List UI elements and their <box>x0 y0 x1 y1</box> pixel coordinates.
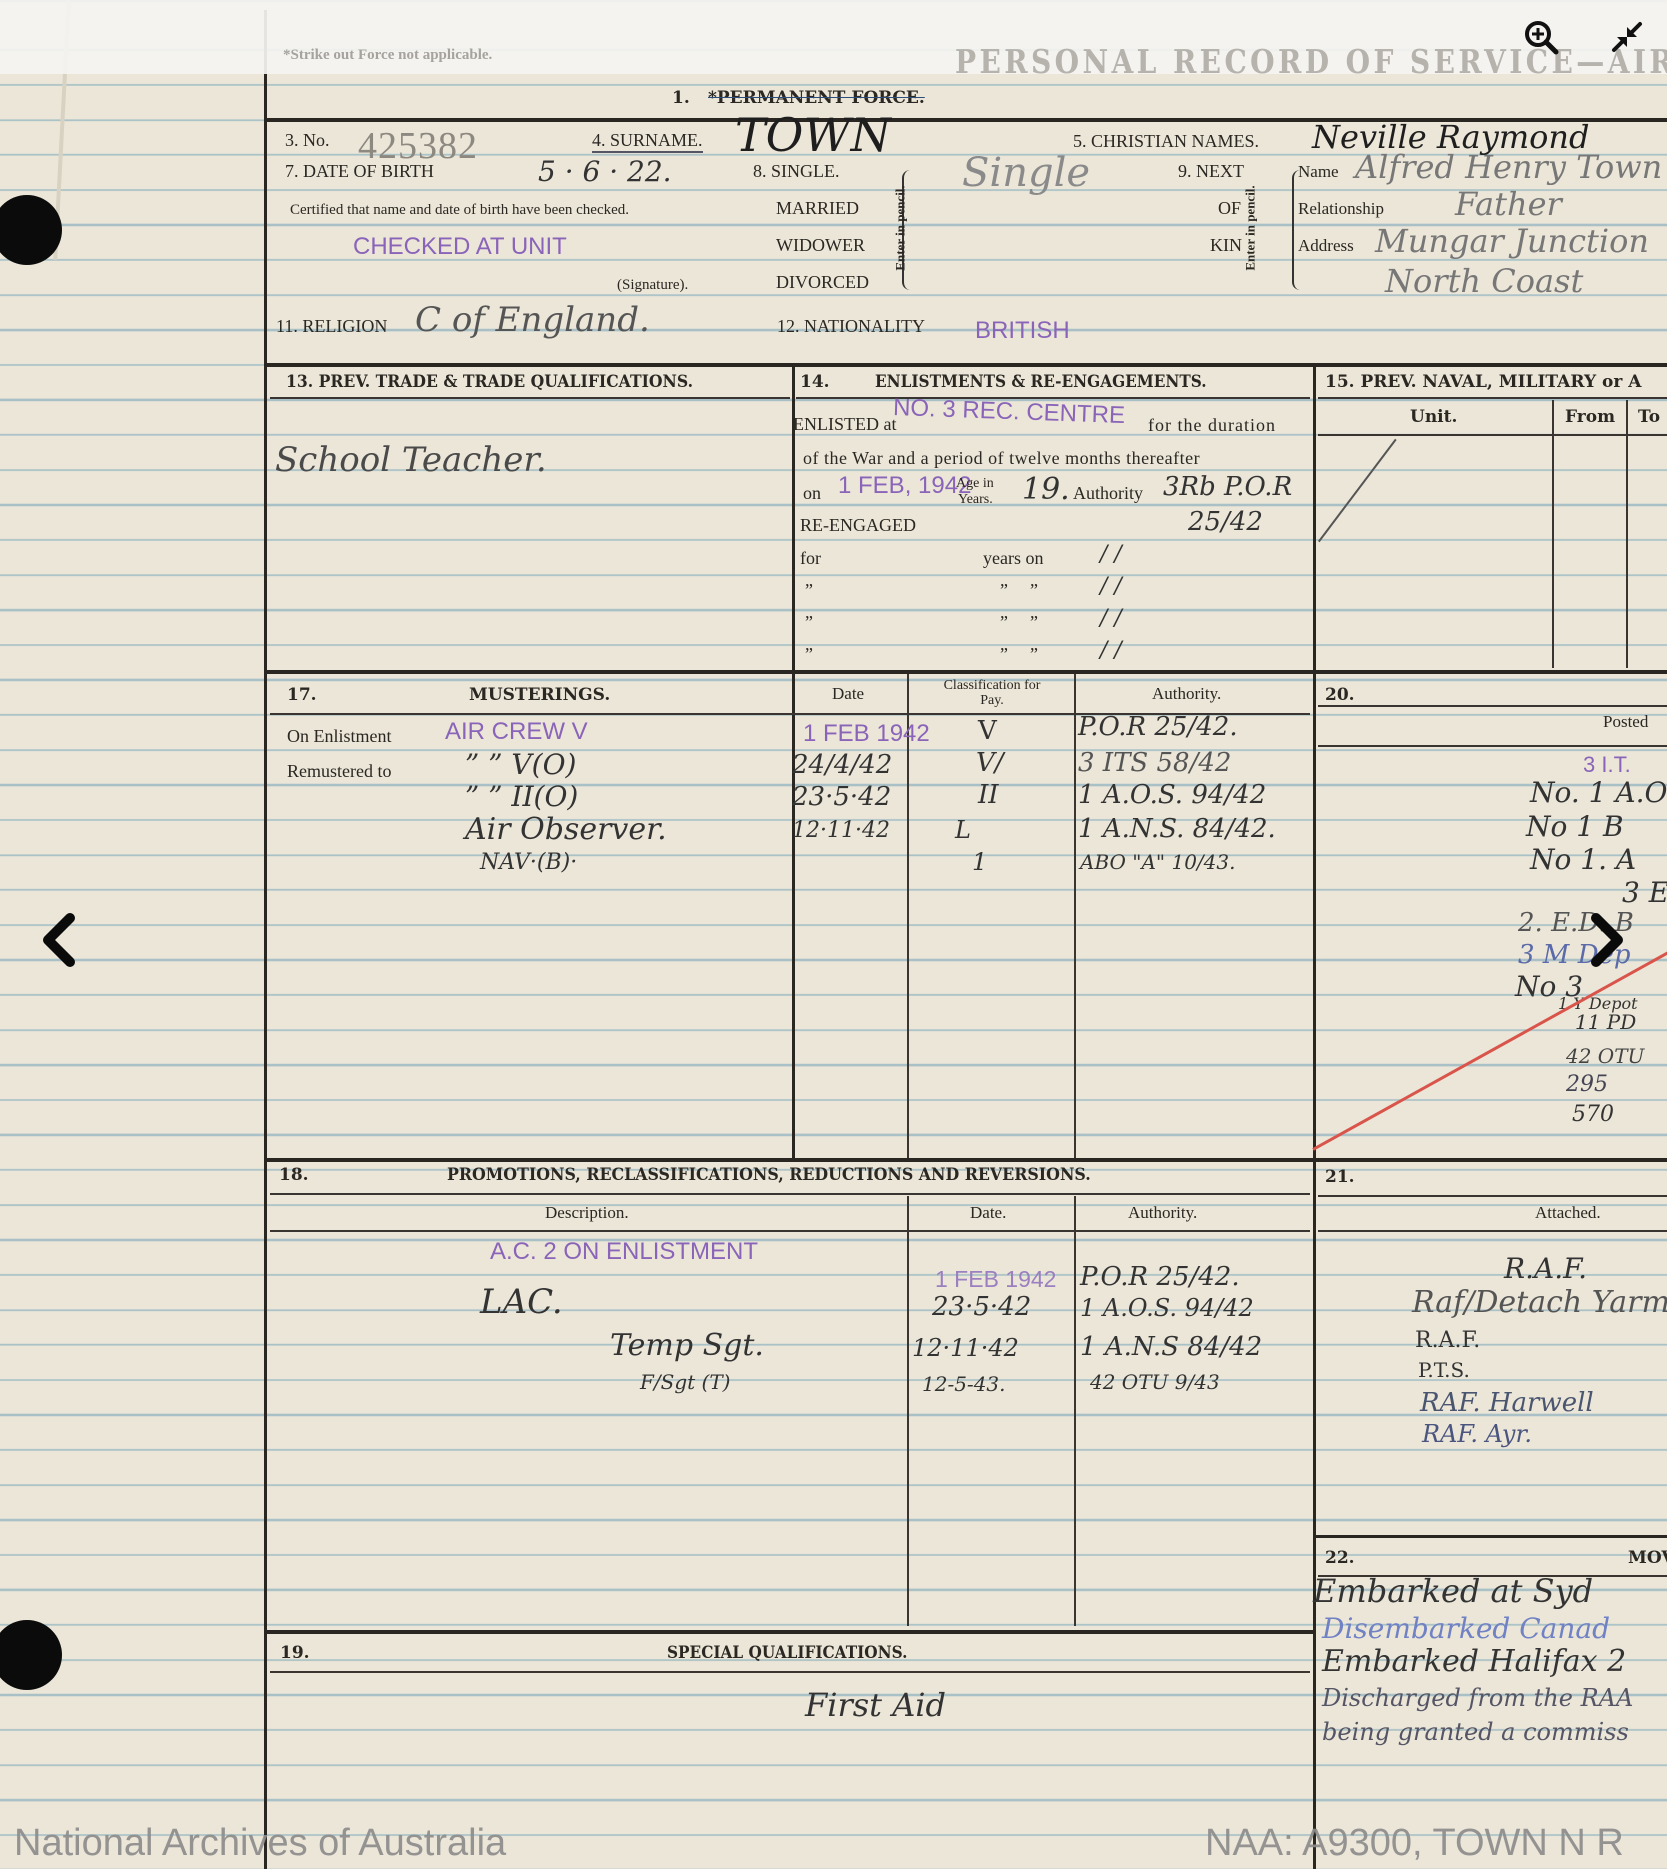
posting-entry: 3 I.T. <box>1583 752 1631 778</box>
ditto-1c: ” <box>1030 580 1038 601</box>
on-enlistment-label: On Enlistment <box>287 726 392 747</box>
nok-relationship-label: Relationship <box>1298 199 1384 219</box>
attachment-entry: Raf/Detach Yarm <box>1412 1285 1667 1320</box>
compress-arrows-icon <box>1606 16 1650 60</box>
rule-17-auth <box>1074 674 1076 1158</box>
marital-single-label: 8. SINGLE. <box>753 161 840 182</box>
marital-married-label: MARRIED <box>776 198 859 219</box>
rule-15-to <box>1626 400 1628 668</box>
promotion-date: 1 FEB 1942 <box>935 1266 1056 1293</box>
mustering-name: Air Observer. <box>465 812 667 847</box>
nok-address-value-2: North Coast <box>1385 262 1583 300</box>
rule-15-from <box>1552 400 1554 668</box>
for-duration-label: for the duration <box>1148 415 1276 436</box>
section-20-col-posted: Posted <box>1603 712 1648 732</box>
rule-20-header <box>1318 705 1667 707</box>
rule-21-header <box>1318 1195 1667 1197</box>
force-label: *PERMANENT FORCE. <box>708 88 925 108</box>
special-qualifications-value: First Aid <box>805 1686 946 1724</box>
attachment-entry: R.A.F. <box>1415 1328 1480 1353</box>
section-17-col-authority: Authority. <box>1152 684 1221 704</box>
authority-value-2: 25/42 <box>1188 507 1263 537</box>
ditto-3c: ” <box>1030 644 1038 665</box>
section-14-title: ENLISTMENTS & RE-ENGAGEMENTS. <box>875 372 1207 392</box>
reengage-date-2: / / <box>1100 574 1122 599</box>
ditto-3b: ” <box>1000 644 1008 665</box>
years-on-label: years on <box>983 548 1043 569</box>
posting-entry: No 1. A <box>1530 843 1636 876</box>
rule-before-19 <box>264 1630 1314 1634</box>
nationality-stamp: BRITISH <box>975 317 1070 345</box>
section-18-col-authority: Authority. <box>1128 1203 1197 1223</box>
marital-divorced-label: DIVORCED <box>776 272 869 293</box>
section-17-title: MUSTERINGS. <box>469 685 610 705</box>
rule-18-header <box>270 1193 1310 1195</box>
checked-at-unit-stamp: CHECKED AT UNIT <box>353 233 567 261</box>
ditto-2c: ” <box>1030 612 1038 633</box>
rule-19-header <box>270 1671 1310 1673</box>
zoom-in-button[interactable] <box>1520 16 1564 60</box>
marital-widower-label: WIDOWER <box>776 235 865 256</box>
chevron-right-icon <box>1582 910 1630 970</box>
section-17-col-date: Date <box>832 684 864 704</box>
service-number-label: 3. No. <box>285 130 330 151</box>
for-label: for <box>800 548 821 569</box>
section-18-col-description: Description. <box>545 1203 629 1223</box>
nok-label-kin: KIN <box>1210 235 1242 256</box>
form-left-border <box>264 10 267 1869</box>
religion-label: 11. RELIGION <box>276 316 387 337</box>
promotion-authority: 1 A.N.S 84/42 <box>1080 1332 1262 1362</box>
ditto-3: ” <box>805 644 813 665</box>
nok-name-value: Alfred Henry Town <box>1355 148 1662 186</box>
marital-value: Single <box>962 150 1090 196</box>
rule-21-cols <box>1318 1230 1667 1232</box>
col-divider-15 <box>1313 365 1316 1869</box>
magnifier-plus-icon <box>1520 16 1564 60</box>
age-label-2: Years. <box>958 492 993 508</box>
rule-before-22 <box>1313 1535 1667 1538</box>
mustering-date: 1 FEB 1942 <box>803 720 930 748</box>
certified-note: Certified that name and date of birth ha… <box>290 202 629 219</box>
section-13-title: 13. PREV. TRADE & TRADE QUALIFICATIONS. <box>286 372 693 392</box>
mustering-class: V/ <box>976 748 1004 778</box>
mustering-class: II <box>978 780 999 810</box>
promotion-description: F/Sgt (T) <box>640 1370 730 1394</box>
section-22-num: 22. <box>1325 1548 1355 1568</box>
section-19-num: 19. <box>280 1643 310 1663</box>
remustered-label: Remustered to <box>287 761 391 782</box>
attachment-entry: RAF. Harwell <box>1420 1388 1594 1418</box>
promotion-description: LAC. <box>480 1282 563 1322</box>
mustering-class: L <box>955 816 971 844</box>
next-page-button[interactable] <box>1582 910 1630 970</box>
mustering-authority: ABO "A" 10/43. <box>1080 850 1235 874</box>
enlisted-date-stamp: 1 FEB, 1942 <box>838 472 971 500</box>
rule-before-18 <box>264 1158 1667 1162</box>
mustering-authority: P.O.R 25/42. <box>1078 712 1238 742</box>
mustering-authority: 1 A.N.S. 84/42. <box>1078 814 1276 844</box>
marital-pencil-note: Enter in pencil. <box>893 185 909 270</box>
section-20-num: 20. <box>1325 685 1355 705</box>
promotion-description: A.C. 2 ON ENLISTMENT <box>490 1238 758 1266</box>
section-21-col-attached: Attached. <box>1535 1203 1601 1223</box>
signature-label: (Signature). <box>617 277 688 294</box>
rule-13-header <box>270 397 790 399</box>
on-label: on <box>803 483 821 504</box>
prev-trade-value: School Teacher. <box>275 440 547 480</box>
promotion-description: Temp Sgt. <box>610 1328 764 1363</box>
nok-relationship-value: Father <box>1455 185 1562 223</box>
mustering-date: 23·5·42 <box>792 782 891 812</box>
promotion-date: 12·11·42 <box>912 1334 1019 1362</box>
ditto-2b: ” <box>1000 612 1008 633</box>
reengage-date-4: / / <box>1100 638 1122 663</box>
nok-name-label: Name <box>1298 162 1339 182</box>
promotion-date: 23·5·42 <box>932 1292 1031 1322</box>
section-17-col-class: Classification for Pay. <box>942 678 1042 708</box>
attachment-entry: RAF. Ayr. <box>1422 1420 1532 1448</box>
rule-20-cols <box>1318 745 1667 747</box>
document-scan: PERSONAL RECORD OF SERVICE—AIRMEN. 1. *P… <box>0 0 1667 1869</box>
nationality-label: 12. NATIONALITY <box>777 316 925 337</box>
rule-18-cols <box>270 1230 1310 1232</box>
nok-label-of: OF <box>1218 198 1241 219</box>
mustering-date: 24/4/42 <box>792 750 892 780</box>
section-17-num: 17. <box>287 685 317 705</box>
mustering-authority: 1 A.O.S. 94/42 <box>1078 780 1266 810</box>
punch-hole <box>0 1620 62 1690</box>
strike-out-note: *Strike out Force not applicable. <box>283 47 492 64</box>
ditto-1: ” <box>805 580 813 601</box>
exit-fullscreen-button[interactable] <box>1606 16 1650 60</box>
posting-entry: No 1 B <box>1526 810 1624 843</box>
promotion-authority: P.O.R 25/42. <box>1080 1262 1240 1292</box>
nok-pencil-note: Enter in pencil. <box>1243 185 1259 270</box>
mustering-class: 1 <box>972 848 987 876</box>
nok-address-label: Address <box>1298 236 1354 256</box>
archive-reference-watermark: NAA: A9300, TOWN N R <box>1205 1822 1624 1865</box>
nok-address-value-1: Mungar Junction <box>1375 222 1649 260</box>
enlisted-at-label: ENLISTED at <box>793 414 896 435</box>
section-19-title: SPECIAL QUALIFICATIONS. <box>667 1643 907 1663</box>
section-15-title: 15. PREV. NAVAL, MILITARY or A <box>1325 372 1641 392</box>
section-15-nil-stroke <box>1318 439 1397 542</box>
reengage-date-3: / / <box>1100 606 1122 631</box>
section-15-col-unit: Unit. <box>1410 407 1457 427</box>
rule-after-religion <box>264 363 1667 367</box>
rule-18-auth <box>1074 1196 1076 1626</box>
movement-entry: being granted a commiss <box>1322 1718 1629 1746</box>
posting-entry: No. 1 A.O <box>1530 776 1667 809</box>
reengage-date-1: / / <box>1100 542 1122 567</box>
mustering-authority: 3 ITS 58/42 <box>1078 748 1231 778</box>
dob-label: 7. DATE OF BIRTH <box>285 161 434 182</box>
nok-label-next: 9. NEXT <box>1178 161 1244 182</box>
authority-value-1: 3Rb P.O.R <box>1163 472 1292 502</box>
section-18-num: 18. <box>279 1165 309 1185</box>
promotion-date: 12-5-43. <box>922 1372 1006 1396</box>
force-number: 1. <box>672 88 690 108</box>
surname-value: TOWN <box>735 108 891 162</box>
mustering-date: 12·11·42 <box>792 818 890 843</box>
posting-entry: 11 PD <box>1575 1010 1636 1034</box>
mustering-name: ” ” V(O) <box>465 748 576 781</box>
nok-brace <box>1292 170 1300 290</box>
mustering-name: NAV·(B)· <box>480 850 577 875</box>
movement-entry: Disembarked Canad <box>1322 1612 1610 1645</box>
posting-entry: 3 E <box>1622 876 1667 909</box>
ditto-2: ” <box>805 612 813 633</box>
movement-entry: Embarked Halifax 2 <box>1322 1644 1626 1679</box>
section-15-col-to: To <box>1638 407 1660 427</box>
posting-entry: 570 <box>1572 1102 1614 1127</box>
rule-15-cols <box>1318 434 1667 436</box>
age-value: 19. <box>1022 472 1070 507</box>
war-period-text: of the War and a period of twelve months… <box>803 448 1200 469</box>
section-22-title: MOV <box>1628 1548 1667 1568</box>
reengaged-label: RE-ENGAGED <box>800 515 916 536</box>
archive-name-watermark: National Archives of Australia <box>14 1822 506 1865</box>
attachment-entry: P.T.S. <box>1418 1358 1470 1382</box>
promotion-authority: 42 OTU 9/43 <box>1090 1370 1220 1394</box>
rule-before-17 <box>264 670 1667 674</box>
posting-entry: 42 OTU <box>1566 1044 1644 1068</box>
attachment-entry: R.A.F. <box>1504 1252 1587 1285</box>
section-21-num: 21. <box>1325 1167 1355 1187</box>
mustering-class: V <box>978 716 997 746</box>
authority-label: Authority <box>1073 483 1143 504</box>
chevron-left-icon <box>38 910 86 970</box>
mustering-name: ” ” II(O) <box>465 780 578 813</box>
movement-entry: Discharged from the RAA <box>1322 1684 1633 1712</box>
previous-page-button[interactable] <box>38 910 86 970</box>
promotion-authority: 1 A.O.S. 94/42 <box>1080 1294 1254 1322</box>
section-15-col-from: From <box>1565 407 1615 427</box>
movement-entry: Embarked at Syd <box>1313 1572 1593 1610</box>
surname-label: 4. SURNAME. <box>592 130 703 153</box>
christian-names-label: 5. CHRISTIAN NAMES. <box>1073 131 1259 152</box>
mustering-name: AIR CREW V <box>445 718 588 746</box>
posting-entry: 295 <box>1566 1072 1608 1097</box>
ditto-1b: ” <box>1000 580 1008 601</box>
section-14-num: 14. <box>800 372 830 392</box>
age-label-1: Age in <box>956 476 994 492</box>
section-18-col-date: Date. <box>970 1203 1006 1223</box>
section-18-title: PROMOTIONS, RECLASSIFICATIONS, REDUCTION… <box>447 1165 1091 1185</box>
rule-18-date <box>907 1196 909 1626</box>
enlisted-place-stamp: NO. 3 REC. CENTRE <box>893 394 1126 430</box>
dob-value: 5 · 6 · 22. <box>538 155 672 188</box>
religion-value: C of England. <box>415 300 650 340</box>
rule-15-header <box>1318 397 1667 399</box>
